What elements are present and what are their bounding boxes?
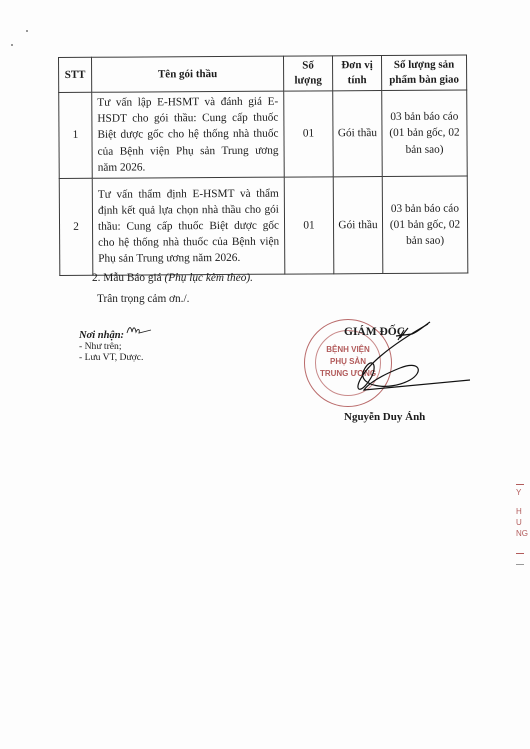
edge-mark: H: [516, 506, 530, 517]
cell-quantity: 01: [284, 91, 334, 177]
bid-package-table: STT Tên gói thầu Số lượng Đơn vị tính Số…: [58, 55, 468, 277]
edge-mark: NG: [516, 528, 530, 539]
handwritten-signature-icon: [300, 310, 475, 420]
cell-package-name: Tư vấn thẩm định E-HSMT và thẩm định kết…: [92, 177, 285, 275]
closing-line: Trân trọng cảm ơn./.: [97, 293, 189, 305]
initials-scribble-icon: [125, 324, 153, 336]
cell-deliverables: 03 bản báo cáo (01 bản gốc, 02 bản sao): [382, 90, 468, 177]
header-package-name: Tên gói thầu: [92, 56, 284, 92]
scan-speck: [11, 44, 13, 46]
scan-speck: [26, 30, 28, 32]
signature-block: BỆNH VIỆN PHỤ SẢN TRUNG ƯƠNG GIÁM ĐỐC Ng…: [300, 310, 470, 440]
recipients-block: Nơi nhận: - Như trên; - Lưu VT, Dược.: [79, 330, 143, 363]
adjacent-page-stamp-edge: Y H U NG: [516, 484, 530, 565]
attachment-note: (Phụ lục kèm theo).: [164, 272, 252, 284]
signer-name: Nguyễn Duy Ánh: [344, 411, 425, 423]
edge-mark: Y: [516, 487, 530, 498]
recipient-item: - Lưu VT, Dược.: [79, 352, 143, 363]
cell-unit: Gói thầu: [333, 91, 383, 177]
header-deliverables: Số lượng sản phẩm bàn giao: [381, 55, 466, 91]
cell-stt: 2: [59, 178, 93, 275]
header-quantity: Số lượng: [283, 56, 332, 91]
cell-quantity: 01: [284, 177, 334, 274]
recipient-item: - Như trên;: [79, 341, 143, 352]
cell-stt: 1: [59, 92, 93, 178]
attachment-label: 2. Mẫu Báo giá: [92, 272, 164, 284]
edge-mark: U: [516, 517, 530, 528]
table-header-row: STT Tên gói thầu Số lượng Đơn vị tính Số…: [59, 55, 467, 92]
cell-package-name: Tư vấn lập E-HSMT và đánh giá E-HSDT cho…: [92, 91, 285, 178]
table-row: 2 Tư vấn thẩm định E-HSMT và thẩm định k…: [59, 176, 468, 275]
cell-deliverables: 03 bản báo cáo (01 bản gốc, 02 bản sao): [382, 176, 468, 274]
cell-unit: Gói thầu: [333, 177, 383, 274]
header-stt: STT: [59, 57, 92, 92]
header-unit: Đơn vị tính: [332, 56, 381, 91]
attachment-line: 2. Mẫu Báo giá (Phụ lục kèm theo).: [92, 272, 253, 284]
table-row: 1 Tư vấn lập E-HSMT và đánh giá E-HSDT c…: [59, 90, 468, 179]
